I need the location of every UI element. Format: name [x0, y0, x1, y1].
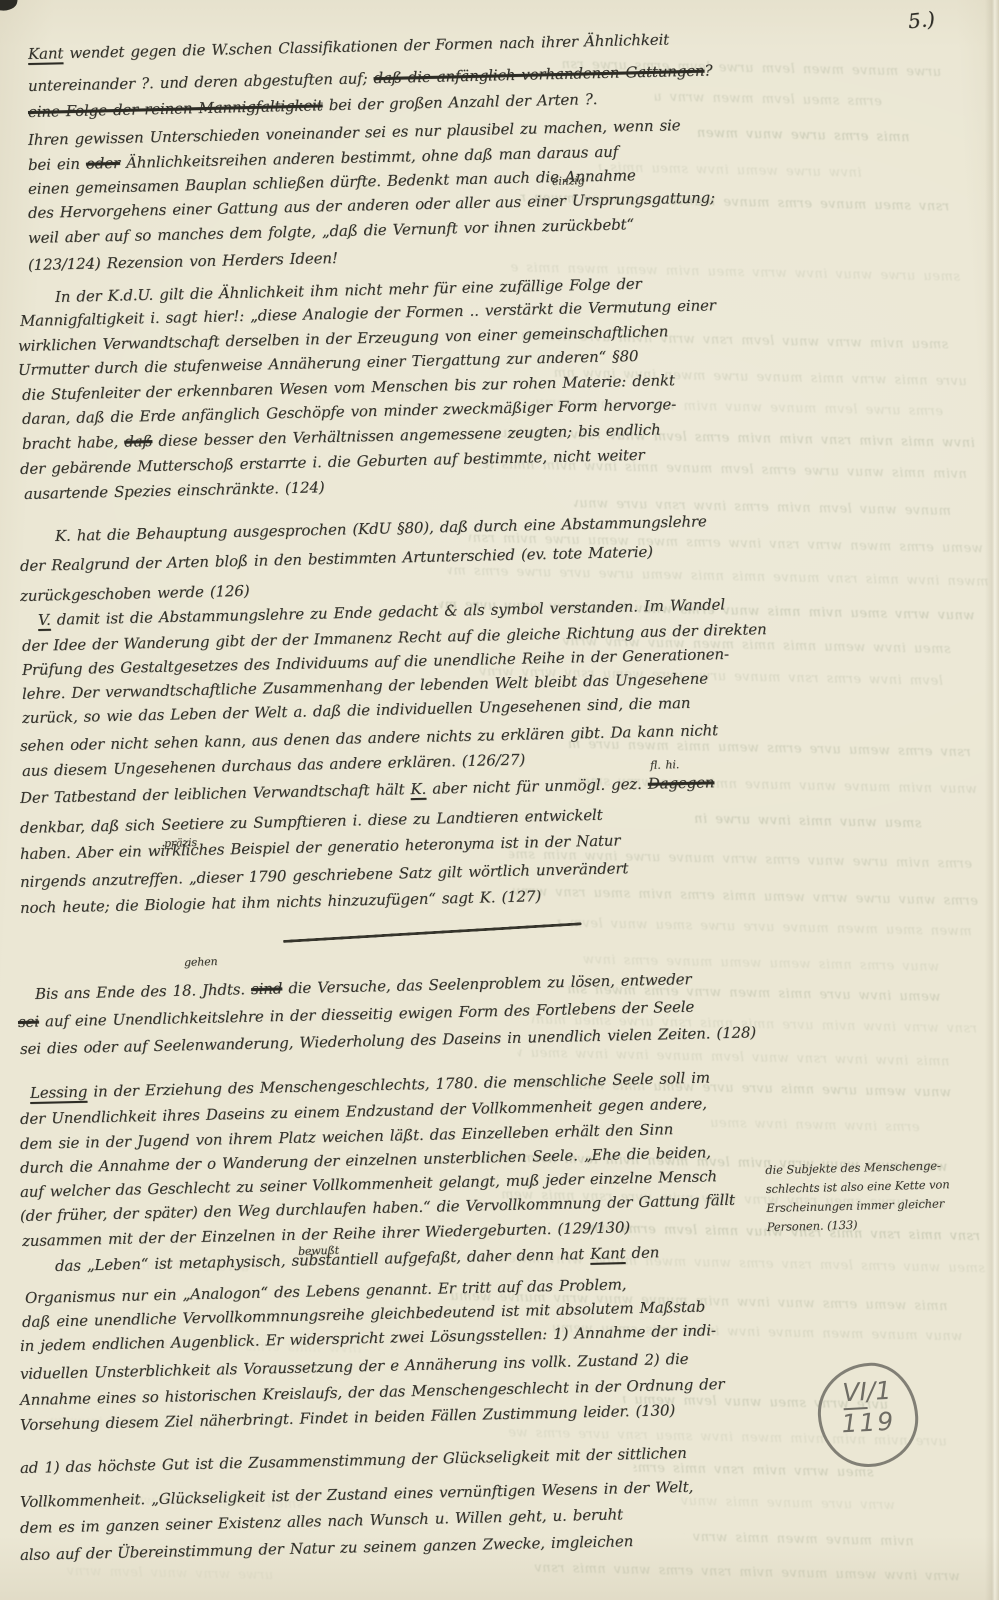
handwriting-line: haben. Aber ein wirkliches Beispiel der …	[20, 832, 621, 863]
handwriting-line: Der Tatbestand der leiblichen Verwandtsc…	[20, 774, 715, 807]
archive-stamp: VI/1 119	[815, 1360, 920, 1469]
handwriting-text: einzig	[552, 174, 585, 188]
underlined-text: K.	[410, 780, 426, 798]
handwriting-text: bei ein	[28, 155, 86, 174]
handwriting-text: sehen oder nicht sehen kann, aus denen d…	[20, 721, 718, 755]
stamp-part: /1	[866, 1376, 892, 1406]
handwriting-line: Kant wendet gegen die W.schen Classifika…	[28, 31, 669, 63]
handwriting-line: eine Folge der reinen Mannigfaltigkeit b…	[28, 91, 598, 121]
handwriting-text: bracht habe,	[22, 433, 125, 453]
handwriting-text: fl. hi.	[650, 758, 680, 772]
handwriting-text: bei der großen Anzahl der Arten ?.	[322, 90, 597, 114]
handwriting-text: (123/124) Rezension von Herders Ideen!	[28, 249, 338, 274]
underlined-text: Kant	[28, 44, 64, 63]
manuscript-page: urwe munve mwen levm urwe levm erms urwe…	[0, 0, 999, 1600]
handwriting-text: also auf der Übereinstimmung der Natur z…	[20, 1532, 634, 1564]
handwriting-text: haben. Aber ein wirkliches Beispiel der …	[20, 831, 621, 863]
handwriting-line: zurückgeschoben werde (126)	[20, 583, 250, 605]
struck-text: Dagegen	[648, 773, 715, 793]
handwriting-line: also auf der Übereinstimmung der Natur z…	[20, 1533, 633, 1564]
handwriting-text: diese besser den Verhältnissen angemesse…	[152, 421, 661, 451]
handwriting-text: Der Tatbestand der leiblichen Verwandtsc…	[20, 780, 411, 807]
handwriting-text: wendet gegen die W.schen Classifikatione…	[63, 30, 669, 62]
handwriting-insertion: einzig	[552, 175, 585, 189]
margin-note: die Subjekte des Menschenge-schlechts is…	[765, 1155, 999, 1237]
handwriting-text: den	[625, 1243, 659, 1262]
handwriting-line: weil aber auf so manches dem folgte, „da…	[28, 216, 634, 247]
struck-text: sind	[251, 979, 283, 998]
underlined-text: V.	[38, 611, 51, 629]
handwriting-line: aus diesem Ungesehenen durchaus das ande…	[22, 752, 525, 781]
handwriting-text: ad 1) das höchste Gut ist die Zusammenst…	[20, 1444, 687, 1477]
handwriting-insertion: fl. hi.	[650, 759, 680, 773]
handwriting-line: sei dies oder auf Seelenwanderung, Wiede…	[20, 1024, 756, 1058]
struck-text: eine Folge der reinen Mannigfaltigkeit	[28, 96, 323, 121]
page-number: 5.)	[907, 7, 936, 34]
handwriting-text: auf eine Unendlichkeitslehre in der dies…	[39, 998, 695, 1031]
handwriting-text: dem es im ganzen seiner Existenz alles n…	[20, 1505, 623, 1537]
handwriting-insertion: gehen	[184, 956, 218, 970]
handwriting-line: der gebärende Mutterschoß erstarrte i. d…	[20, 447, 645, 478]
handwriting-text: der Realgrund der Arten bloß in den best…	[20, 543, 653, 575]
handwriting-line: denkbar, daß sich Seetiere zu Sumpftiere…	[20, 807, 603, 837]
handwriting-text: nirgends anzutreffen. „dieser 1790 gesch…	[20, 859, 629, 891]
handwriting-line: der Realgrund der Arten bloß in den best…	[20, 544, 653, 576]
handwriting-text: zurückgeschoben werde (126)	[20, 582, 250, 605]
struck-text: daß	[124, 432, 153, 451]
handwriting-text: aber nicht für unmögl. gez.	[426, 775, 648, 798]
handwriting-text: Bis ans Ende des 18. Jhdts.	[35, 980, 251, 1003]
handwriting-text: noch heute; die Biologie hat ihm nichts …	[20, 887, 541, 917]
stamp-page: 119	[818, 1404, 920, 1441]
handwriting-text: denkbar, daß sich Seetiere zu Sumpftiere…	[20, 806, 603, 837]
struck-text: sei	[18, 1013, 39, 1031]
handwriting-line: dem es im ganzen seiner Existenz alles n…	[20, 1506, 623, 1537]
handwriting-line: das „Leben“ ist metaphysisch, substantie…	[55, 1244, 660, 1275]
handwriting-line: Bis ans Ende des 18. Jhdts. sind die Ver…	[35, 971, 692, 1003]
handwriting-text: ausartende Spezies einschränkte. (124)	[24, 478, 325, 503]
handwriting-text: die Versuche, das Seelenproblem zu lösen…	[282, 970, 692, 997]
handwriting-line: ad 1) das höchste Gut ist die Zusammenst…	[20, 1445, 687, 1477]
stamp-volume: VI	[842, 1377, 868, 1410]
handwriting-layer: Kant wendet gegen die W.schen Classifika…	[0, 0, 999, 1600]
underlined-text: Kant	[590, 1244, 626, 1263]
handwriting-line: (123/124) Rezension von Herders Ideen!	[28, 250, 338, 274]
handwriting-line: sehen oder nicht sehen kann, aus denen d…	[20, 722, 718, 755]
struck-text: daß die anfänglich vorhandenen Gattungen	[373, 62, 704, 88]
handwriting-line: untereinander ?. und deren abgestuften a…	[28, 62, 713, 95]
handwriting-text: ?	[704, 61, 712, 79]
handwriting-line: noch heute; die Biologie hat ihm nichts …	[20, 888, 541, 917]
struck-text: oder	[86, 154, 120, 173]
handwriting-line: K. hat die Behauptung ausgesprochen (KdU…	[55, 513, 707, 545]
stamp-volume-line: VI/1	[816, 1374, 917, 1409]
handwriting-text: K. hat die Behauptung ausgesprochen (KdU…	[55, 512, 707, 545]
handwriting-text: untereinander ?. und deren abgestuften a…	[28, 69, 374, 95]
handwriting-line: ausartende Spezies einschränkte. (124)	[24, 479, 325, 503]
underlined-text: Lessing	[30, 1083, 88, 1102]
handwriting-text: aus diesem Ungesehenen durchaus das ande…	[22, 751, 525, 780]
handwriting-text: gehen	[184, 955, 218, 969]
